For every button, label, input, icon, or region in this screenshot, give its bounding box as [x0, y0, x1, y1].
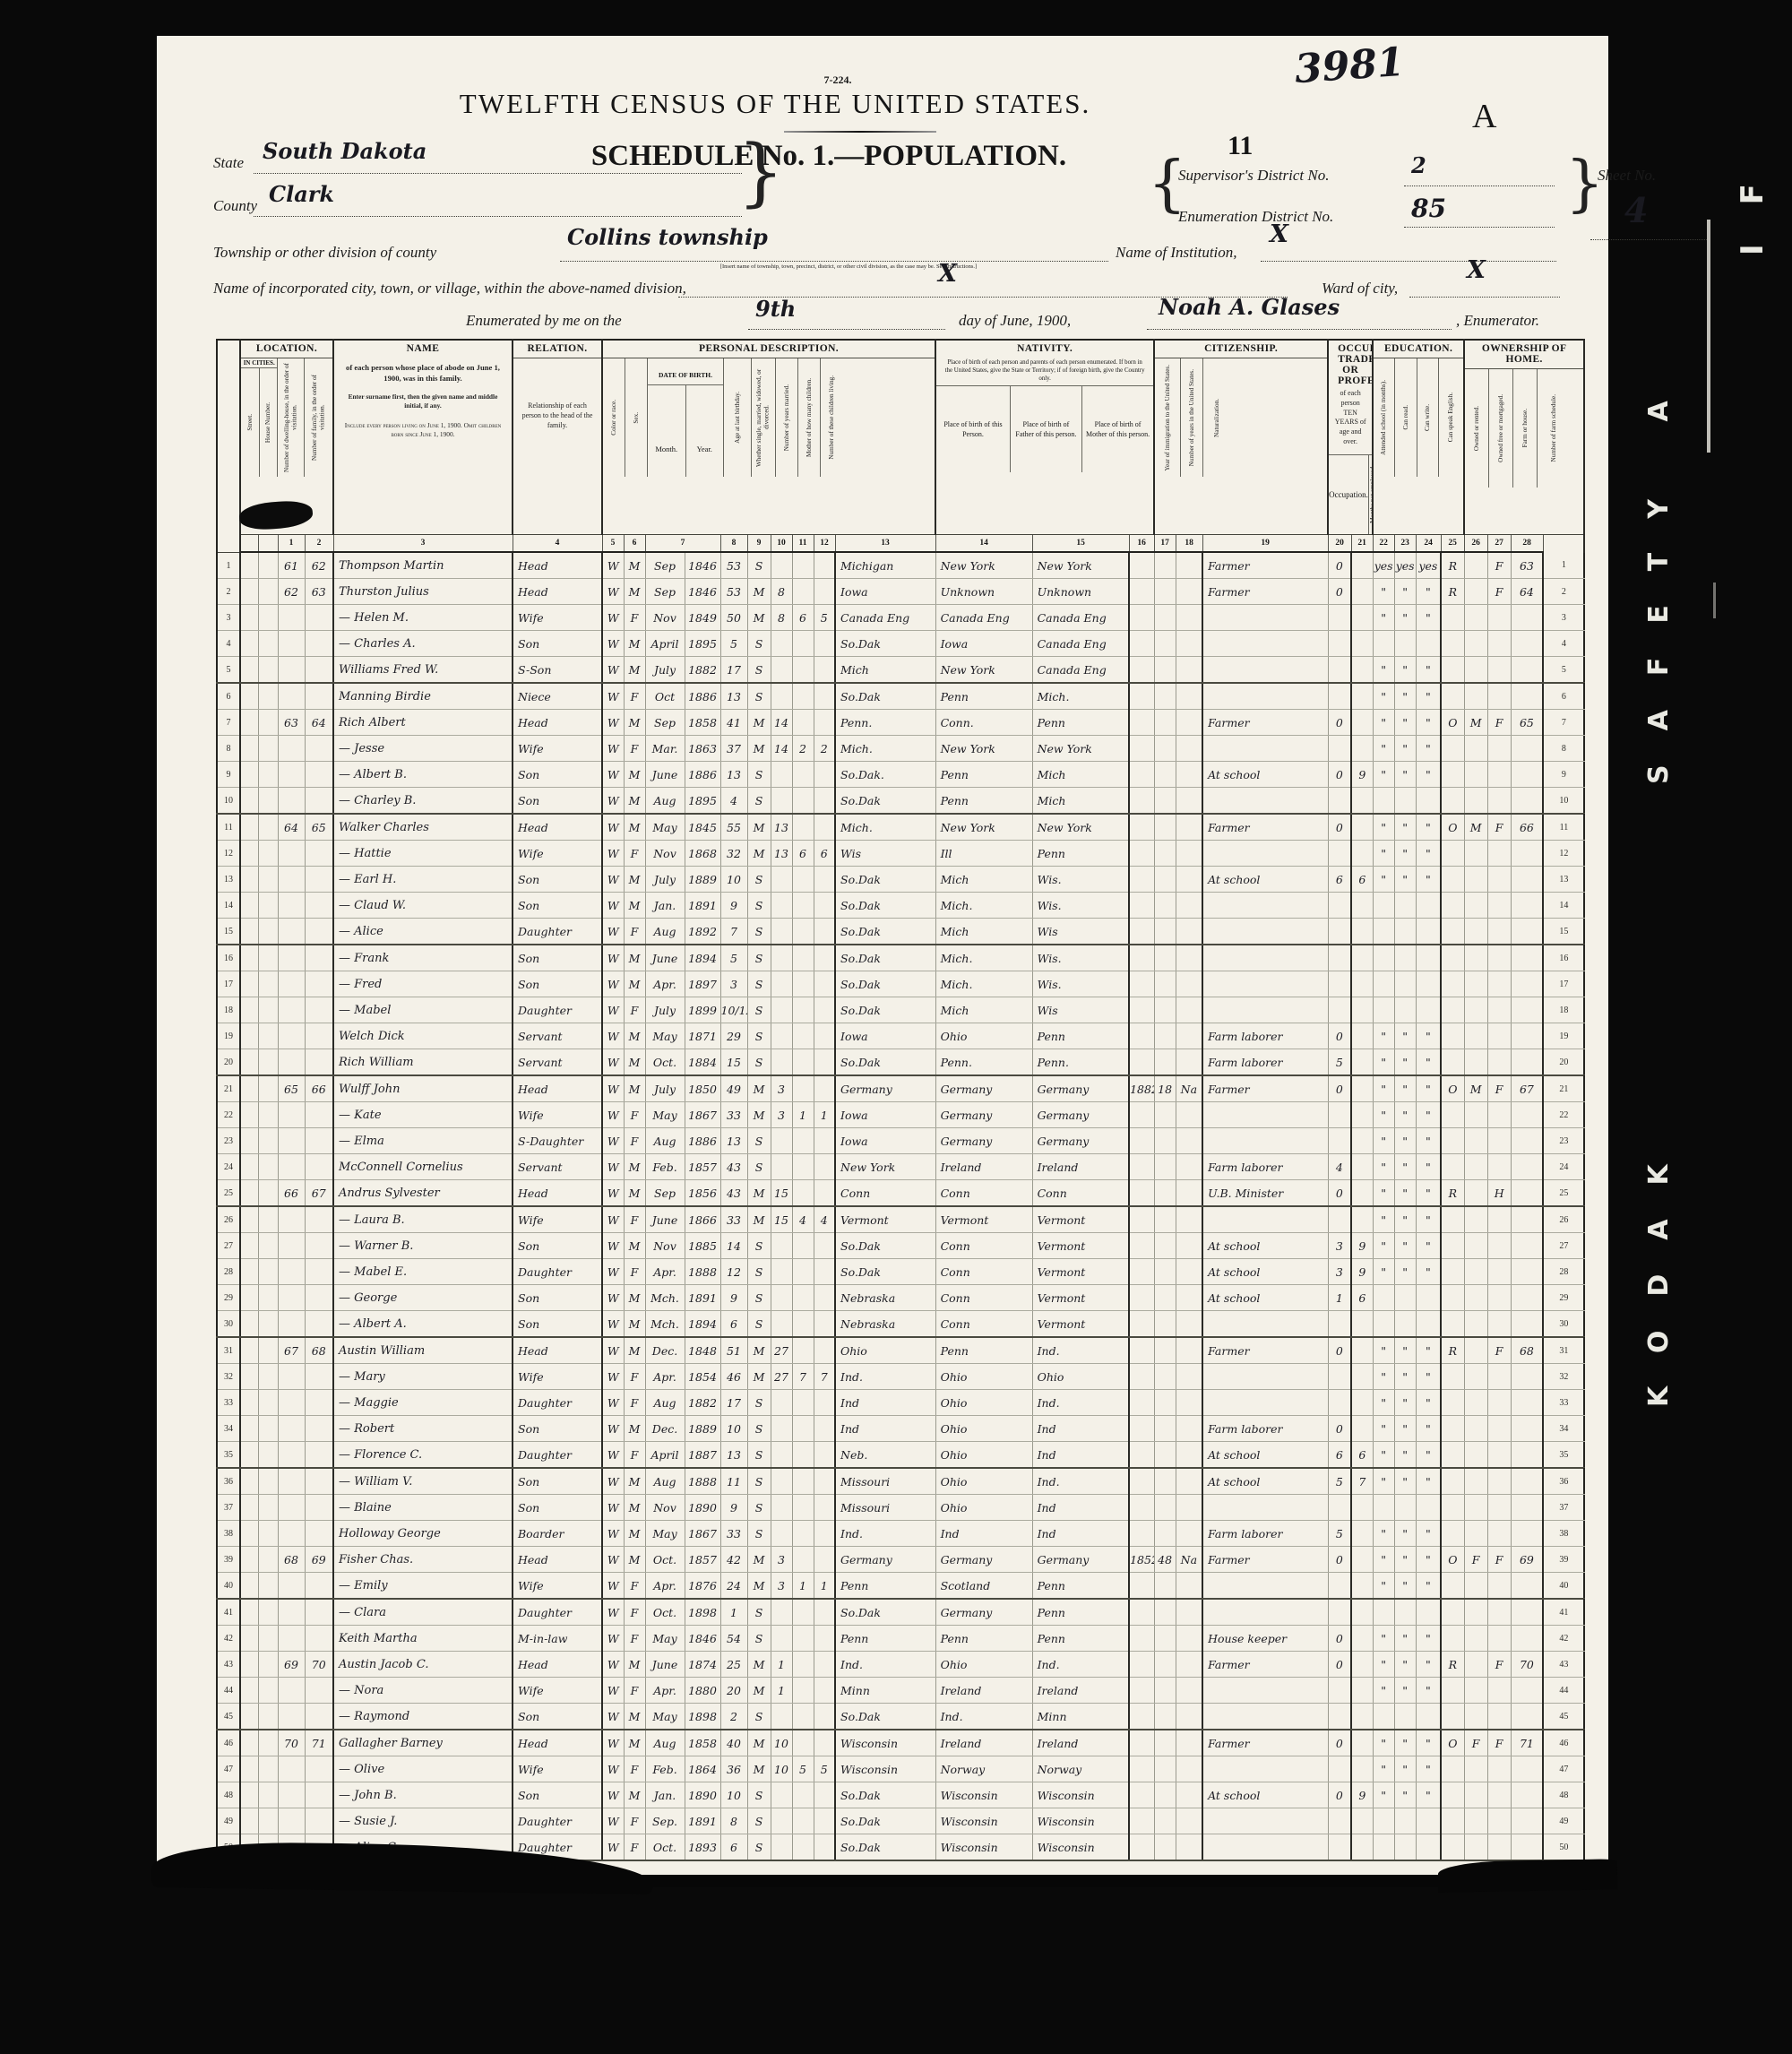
color-race: W	[602, 631, 624, 657]
marital-status: M	[747, 841, 771, 867]
birthplace: So.Dak	[835, 1704, 935, 1730]
house	[258, 1285, 278, 1311]
dwelling-number	[278, 1442, 305, 1469]
years-married: 1	[771, 1678, 792, 1704]
name-note-2: Enter surname first, then the given name…	[334, 384, 512, 410]
name: — Susie J.	[333, 1808, 513, 1834]
school-months	[1351, 1495, 1373, 1521]
marital-status: S	[747, 867, 771, 893]
line-number: 24	[1543, 1154, 1584, 1180]
birth-year: 1894	[685, 1311, 720, 1338]
birth-month: Mch.	[645, 1285, 685, 1311]
name: — Albert A.	[333, 1311, 513, 1338]
farm-house	[1487, 736, 1511, 762]
owned-rented	[1441, 1808, 1464, 1834]
free-mortgaged	[1464, 1521, 1487, 1547]
immigration-year: 1852	[1129, 1547, 1154, 1573]
color-race: W	[602, 1180, 624, 1207]
immigration-year	[1129, 736, 1154, 762]
relation: Head	[513, 710, 602, 736]
children-living	[814, 1180, 835, 1207]
occupation: Farm laborer	[1202, 1049, 1328, 1076]
sex: M	[624, 814, 645, 841]
school-months	[1351, 552, 1373, 579]
line-number: 23	[217, 1128, 240, 1154]
years-in-us	[1154, 1416, 1176, 1442]
can-read	[1373, 997, 1394, 1023]
owned-rented	[1441, 919, 1464, 945]
birthplace: So.Dak	[835, 971, 935, 997]
free-mortgaged: M	[1464, 1075, 1487, 1102]
sex: M	[624, 1468, 645, 1495]
street	[240, 1337, 258, 1364]
speaks-english: "	[1416, 1416, 1441, 1442]
can-read: "	[1373, 1233, 1394, 1259]
birthplace: Ind.	[835, 1652, 935, 1678]
birth-month: Aug	[645, 1730, 685, 1756]
line-number: 6	[1543, 683, 1584, 710]
father-birthplace: Canada Eng	[935, 605, 1032, 631]
age: 11	[720, 1468, 747, 1495]
street	[240, 710, 258, 736]
can-read: "	[1373, 1756, 1394, 1782]
family-number	[305, 1285, 333, 1311]
naturalization	[1176, 919, 1202, 945]
years-married	[771, 1023, 792, 1049]
line-number: 9	[1543, 762, 1584, 788]
months-not-employed	[1328, 631, 1351, 657]
table-row: 37— BlaineSonWMNov18909SMissouriOhioInd3…	[217, 1495, 1584, 1521]
naturalization	[1176, 788, 1202, 815]
color-race: W	[602, 1259, 624, 1285]
county-label: County	[213, 197, 257, 215]
name-note-3: Include every person living on June 1, 1…	[334, 410, 512, 439]
farm-house: F	[1487, 814, 1511, 841]
left-line-number-header	[217, 340, 240, 552]
mother-of-children	[792, 1547, 814, 1573]
age: 53	[720, 579, 747, 605]
age: 15	[720, 1049, 747, 1076]
farm-house	[1487, 893, 1511, 919]
children-living	[814, 579, 835, 605]
years-in-us-column-label: Number of years in the United States.	[1188, 369, 1196, 466]
line-number: 32	[1543, 1364, 1584, 1390]
mother-of-children	[792, 997, 814, 1023]
table-row: 15— AliceDaughterWFAug18927SSo.DakMichWi…	[217, 919, 1584, 945]
line-number: 49	[217, 1808, 240, 1834]
relation: Head	[513, 1075, 602, 1102]
line-number: 2	[217, 579, 240, 605]
occupation: At school	[1202, 762, 1328, 788]
immigration-year	[1129, 1495, 1154, 1521]
owned-rented	[1441, 867, 1464, 893]
mother-birthplace: Vermont	[1032, 1206, 1129, 1233]
free-mortgaged	[1464, 788, 1487, 815]
mother-birthplace: New York	[1032, 736, 1129, 762]
street	[240, 1390, 258, 1416]
relation: Wife	[513, 1756, 602, 1782]
family-number: 70	[305, 1652, 333, 1678]
house	[258, 1390, 278, 1416]
house	[258, 893, 278, 919]
table-header: LOCATION. IN CITIES. Street. House Numbe…	[217, 340, 1584, 552]
sex: F	[624, 683, 645, 710]
relation: Son	[513, 867, 602, 893]
mother-of-children: 4	[792, 1206, 814, 1233]
table-row: 16— FrankSonWMJune18945SSo.DakMich.Wis.1…	[217, 945, 1584, 971]
can-write: "	[1394, 1756, 1416, 1782]
farm-schedule	[1511, 1390, 1543, 1416]
speaks-english: "	[1416, 814, 1441, 841]
ward-value: X	[1467, 256, 1486, 284]
dwelling-number: 61	[278, 552, 305, 579]
relation: Head	[513, 579, 602, 605]
street	[240, 1756, 258, 1782]
name: — George	[333, 1285, 513, 1311]
age: 13	[720, 1442, 747, 1469]
naturalization	[1176, 1337, 1202, 1364]
naturalization	[1176, 971, 1202, 997]
mother-birthplace: Wis.	[1032, 971, 1129, 997]
years-in-us	[1154, 1468, 1176, 1495]
years-in-us	[1154, 710, 1176, 736]
months-not-employed	[1328, 919, 1351, 945]
name: Austin William	[333, 1337, 513, 1364]
school-months	[1351, 814, 1373, 841]
naturalization	[1176, 1730, 1202, 1756]
name: — Mabel E.	[333, 1259, 513, 1285]
birth-year: 1892	[685, 919, 720, 945]
birth-year: 1887	[685, 1442, 720, 1469]
children-living-column-label: Number of these children living.	[828, 375, 836, 460]
naturalization	[1176, 1521, 1202, 1547]
years-in-us	[1154, 1206, 1176, 1233]
line-number: 12	[217, 841, 240, 867]
years-married: 27	[771, 1337, 792, 1364]
birth-year: 1868	[685, 841, 720, 867]
can-write: "	[1394, 1049, 1416, 1076]
naturalization	[1176, 893, 1202, 919]
speaks-english: "	[1416, 1756, 1441, 1782]
can-read	[1373, 1311, 1394, 1338]
free-mortgaged	[1464, 1049, 1487, 1076]
marital-status: S	[747, 1128, 771, 1154]
birth-month: May	[645, 1626, 685, 1652]
immigration-year	[1129, 1573, 1154, 1600]
birth-month: Aug	[645, 1390, 685, 1416]
street	[240, 919, 258, 945]
father-birthplace: Wisconsin	[935, 1782, 1032, 1808]
father-birthplace: Mich	[935, 919, 1032, 945]
farm-schedule	[1511, 1233, 1543, 1259]
farm-schedule-column-label: Number of farm schedule.	[1550, 394, 1558, 462]
birth-month: Feb.	[645, 1756, 685, 1782]
name-group-header: NAME of each person whose place of abode…	[333, 340, 513, 534]
farm-schedule	[1511, 1311, 1543, 1338]
birth-month: Feb.	[645, 1154, 685, 1180]
farm-schedule	[1511, 1442, 1543, 1469]
line-number: 9	[217, 762, 240, 788]
film-scratch-small	[1713, 583, 1716, 618]
birthplace: So.Dak	[835, 788, 935, 815]
years-in-us	[1154, 552, 1176, 579]
birthplace: Germany	[835, 1075, 935, 1102]
can-read: "	[1373, 1468, 1394, 1495]
line-number: 21	[217, 1075, 240, 1102]
immigration-year	[1129, 893, 1154, 919]
col-num: 5	[602, 534, 624, 552]
line-number: 37	[217, 1495, 240, 1521]
farm-schedule	[1511, 867, 1543, 893]
school-months	[1351, 1416, 1373, 1442]
immigration-year	[1129, 1704, 1154, 1730]
relation: Son	[513, 1285, 602, 1311]
naturalization	[1176, 1049, 1202, 1076]
relation: Wife	[513, 1364, 602, 1390]
age: 33	[720, 1206, 747, 1233]
education-title: EDUCATION.	[1374, 341, 1463, 358]
birth-month: May	[645, 814, 685, 841]
can-read: "	[1373, 657, 1394, 684]
years-in-us	[1154, 893, 1176, 919]
months-not-employed: 0	[1328, 1730, 1351, 1756]
can-read-column-label: Can read.	[1402, 405, 1410, 430]
birthplace: Wisconsin	[835, 1756, 935, 1782]
owned-rented: R	[1441, 1652, 1464, 1678]
children-living	[814, 1416, 835, 1442]
years-married: 15	[771, 1180, 792, 1207]
line-number: 37	[1543, 1495, 1584, 1521]
can-read	[1373, 1704, 1394, 1730]
mother-of-children	[792, 1626, 814, 1652]
table-row: 34— RobertSonWMDec.188910SIndOhioIndFarm…	[217, 1416, 1584, 1442]
line-number: 16	[217, 945, 240, 971]
relation: Son	[513, 1468, 602, 1495]
immigration-year	[1129, 1678, 1154, 1704]
line-number: 18	[1543, 997, 1584, 1023]
table-row: 26263Thurston JuliusHeadWMSep184653M8Iow…	[217, 579, 1584, 605]
birth-year: 1890	[685, 1495, 720, 1521]
years-in-us	[1154, 1442, 1176, 1469]
birth-month: April	[645, 631, 685, 657]
birth-year: 1889	[685, 867, 720, 893]
can-write: "	[1394, 1521, 1416, 1547]
free-mortgaged	[1464, 1756, 1487, 1782]
dwelling-number	[278, 945, 305, 971]
can-read: "	[1373, 1337, 1394, 1364]
speaks-english	[1416, 788, 1441, 815]
county-underline	[254, 215, 742, 217]
family-number	[305, 1311, 333, 1338]
family-number	[305, 1023, 333, 1049]
birthplace: So.Dak	[835, 1233, 935, 1259]
free-mortgaged	[1464, 1626, 1487, 1652]
owned-rented	[1441, 683, 1464, 710]
months-not-employed: 4	[1328, 1154, 1351, 1180]
age: 14	[720, 1233, 747, 1259]
immigration-year	[1129, 762, 1154, 788]
naturalization	[1176, 657, 1202, 684]
occupation: Farm laborer	[1202, 1521, 1328, 1547]
children-living	[814, 1652, 835, 1678]
line-number: 29	[1543, 1285, 1584, 1311]
years-in-us	[1154, 1259, 1176, 1285]
street	[240, 1285, 258, 1311]
can-read: "	[1373, 1102, 1394, 1128]
months-not-employed: 0	[1328, 1337, 1351, 1364]
father-birthplace: Ireland	[935, 1730, 1032, 1756]
naturalization	[1176, 945, 1202, 971]
free-mortgaged	[1464, 762, 1487, 788]
farm-schedule: 64	[1511, 579, 1543, 605]
sex: M	[624, 1023, 645, 1049]
years-married: 13	[771, 841, 792, 867]
birth-month: June	[645, 945, 685, 971]
speaks-english	[1416, 1311, 1441, 1338]
free-mortgaged	[1464, 1678, 1487, 1704]
owned-rented: R	[1441, 552, 1464, 579]
sex: M	[624, 1521, 645, 1547]
years-married: 10	[771, 1730, 792, 1756]
naturalization-column-label: Naturalization.	[1213, 399, 1221, 437]
supervisor-district-label: Supervisor's District No.	[1178, 167, 1329, 185]
table-row: 20Rich WilliamServantWMOct.188415SSo.Dak…	[217, 1049, 1584, 1076]
line-number: 4	[1543, 631, 1584, 657]
occupation	[1202, 1756, 1328, 1782]
free-mortgaged	[1464, 1023, 1487, 1049]
can-read	[1373, 1834, 1394, 1861]
birthplace: Ind	[835, 1416, 935, 1442]
school-months	[1351, 919, 1373, 945]
birth-month-column-label: Month.	[648, 385, 686, 477]
house	[258, 1416, 278, 1442]
years-married	[771, 1782, 792, 1808]
dwelling-number	[278, 736, 305, 762]
name: — Robert	[333, 1416, 513, 1442]
sex: M	[624, 945, 645, 971]
immigration-year: 1882	[1129, 1075, 1154, 1102]
schedule-title: SCHEDULE No. 1.—POPULATION.	[542, 140, 1116, 173]
school-months	[1351, 1521, 1373, 1547]
school-months	[1351, 1678, 1373, 1704]
line-number: 40	[217, 1573, 240, 1600]
months-not-employed: 5	[1328, 1468, 1351, 1495]
months-not-employed: 6	[1328, 1442, 1351, 1469]
line-number: 17	[1543, 971, 1584, 997]
farm-house	[1487, 1626, 1511, 1652]
occupation: Farmer	[1202, 1337, 1328, 1364]
farm-schedule: 63	[1511, 552, 1543, 579]
house	[258, 1180, 278, 1207]
line-number: 20	[217, 1049, 240, 1076]
birthplace: So.Dak	[835, 997, 935, 1023]
owned-rented	[1441, 1626, 1464, 1652]
years-married	[771, 1416, 792, 1442]
col-num: 11	[792, 534, 814, 552]
relation: Head	[513, 552, 602, 579]
house-number-column-label: House Number.	[264, 402, 272, 443]
birth-year: 1871	[685, 1023, 720, 1049]
relation: Servant	[513, 1023, 602, 1049]
birthplace: Minn	[835, 1678, 935, 1704]
farm-house	[1487, 631, 1511, 657]
table-row: 3— Helen M.WifeWFNov184950M865Canada Eng…	[217, 605, 1584, 631]
mother-birthplace: Vermont	[1032, 1285, 1129, 1311]
years-in-us	[1154, 1102, 1176, 1128]
line-number: 22	[1543, 1102, 1584, 1128]
nativity-note: Place of birth of each person and parent…	[936, 358, 1153, 386]
name: Thurston Julius	[333, 579, 513, 605]
nativity-group-header: NATIVITY. Place of birth of each person …	[935, 340, 1154, 534]
street	[240, 1049, 258, 1076]
speaks-english	[1416, 1704, 1441, 1730]
relation: Daughter	[513, 1390, 602, 1416]
marital-status: S	[747, 1311, 771, 1338]
naturalization: Na	[1176, 1075, 1202, 1102]
col-num: 13	[835, 534, 935, 552]
speaks-english: "	[1416, 762, 1441, 788]
relation: Son	[513, 1416, 602, 1442]
school-months	[1351, 1364, 1373, 1390]
sex: M	[624, 1547, 645, 1573]
mother-birthplace: Penn	[1032, 1626, 1129, 1652]
marital-status: S	[747, 1704, 771, 1730]
naturalization	[1176, 1154, 1202, 1180]
can-read	[1373, 788, 1394, 815]
table-row: 24McConnell CorneliusServantWMFeb.185743…	[217, 1154, 1584, 1180]
school-months	[1351, 788, 1373, 815]
can-write: "	[1394, 1468, 1416, 1495]
birth-year: 1856	[685, 1180, 720, 1207]
marital-status: S	[747, 1259, 771, 1285]
street	[240, 736, 258, 762]
sex: F	[624, 1259, 645, 1285]
family-number	[305, 997, 333, 1023]
dwelling-number	[278, 631, 305, 657]
father-birthplace: Ind.	[935, 1704, 1032, 1730]
age: 40	[720, 1730, 747, 1756]
family-number: 67	[305, 1180, 333, 1207]
birth-month: Apr.	[645, 971, 685, 997]
years-in-us	[1154, 1311, 1176, 1338]
father-birthplace: Unknown	[935, 579, 1032, 605]
mother-of-children	[792, 1075, 814, 1102]
years-married	[771, 1259, 792, 1285]
marital-status: S	[747, 552, 771, 579]
owned-rented: R	[1441, 579, 1464, 605]
immigration-year	[1129, 605, 1154, 631]
owned-rented	[1441, 971, 1464, 997]
speaks-english: "	[1416, 867, 1441, 893]
name: Gallagher Barney	[333, 1730, 513, 1756]
marital-status: S	[747, 762, 771, 788]
table-row: 256667Andrus SylvesterHeadWMSep185643M15…	[217, 1180, 1584, 1207]
school-months	[1351, 657, 1373, 684]
children-living	[814, 997, 835, 1023]
page-title: TWELFTH CENSUS OF THE UNITED STATES.	[363, 88, 1187, 120]
children-living	[814, 1285, 835, 1311]
mother-birthplace: Vermont	[1032, 1311, 1129, 1338]
birth-month: Nov	[645, 841, 685, 867]
naturalization	[1176, 1573, 1202, 1600]
color-race: W	[602, 736, 624, 762]
children-living: 1	[814, 1102, 835, 1128]
state-label: State	[213, 154, 244, 172]
sex: M	[624, 631, 645, 657]
color-race: W	[602, 1704, 624, 1730]
relation-group-header: RELATION. Relationship of each person to…	[513, 340, 602, 534]
speaks-english: yes	[1416, 552, 1441, 579]
